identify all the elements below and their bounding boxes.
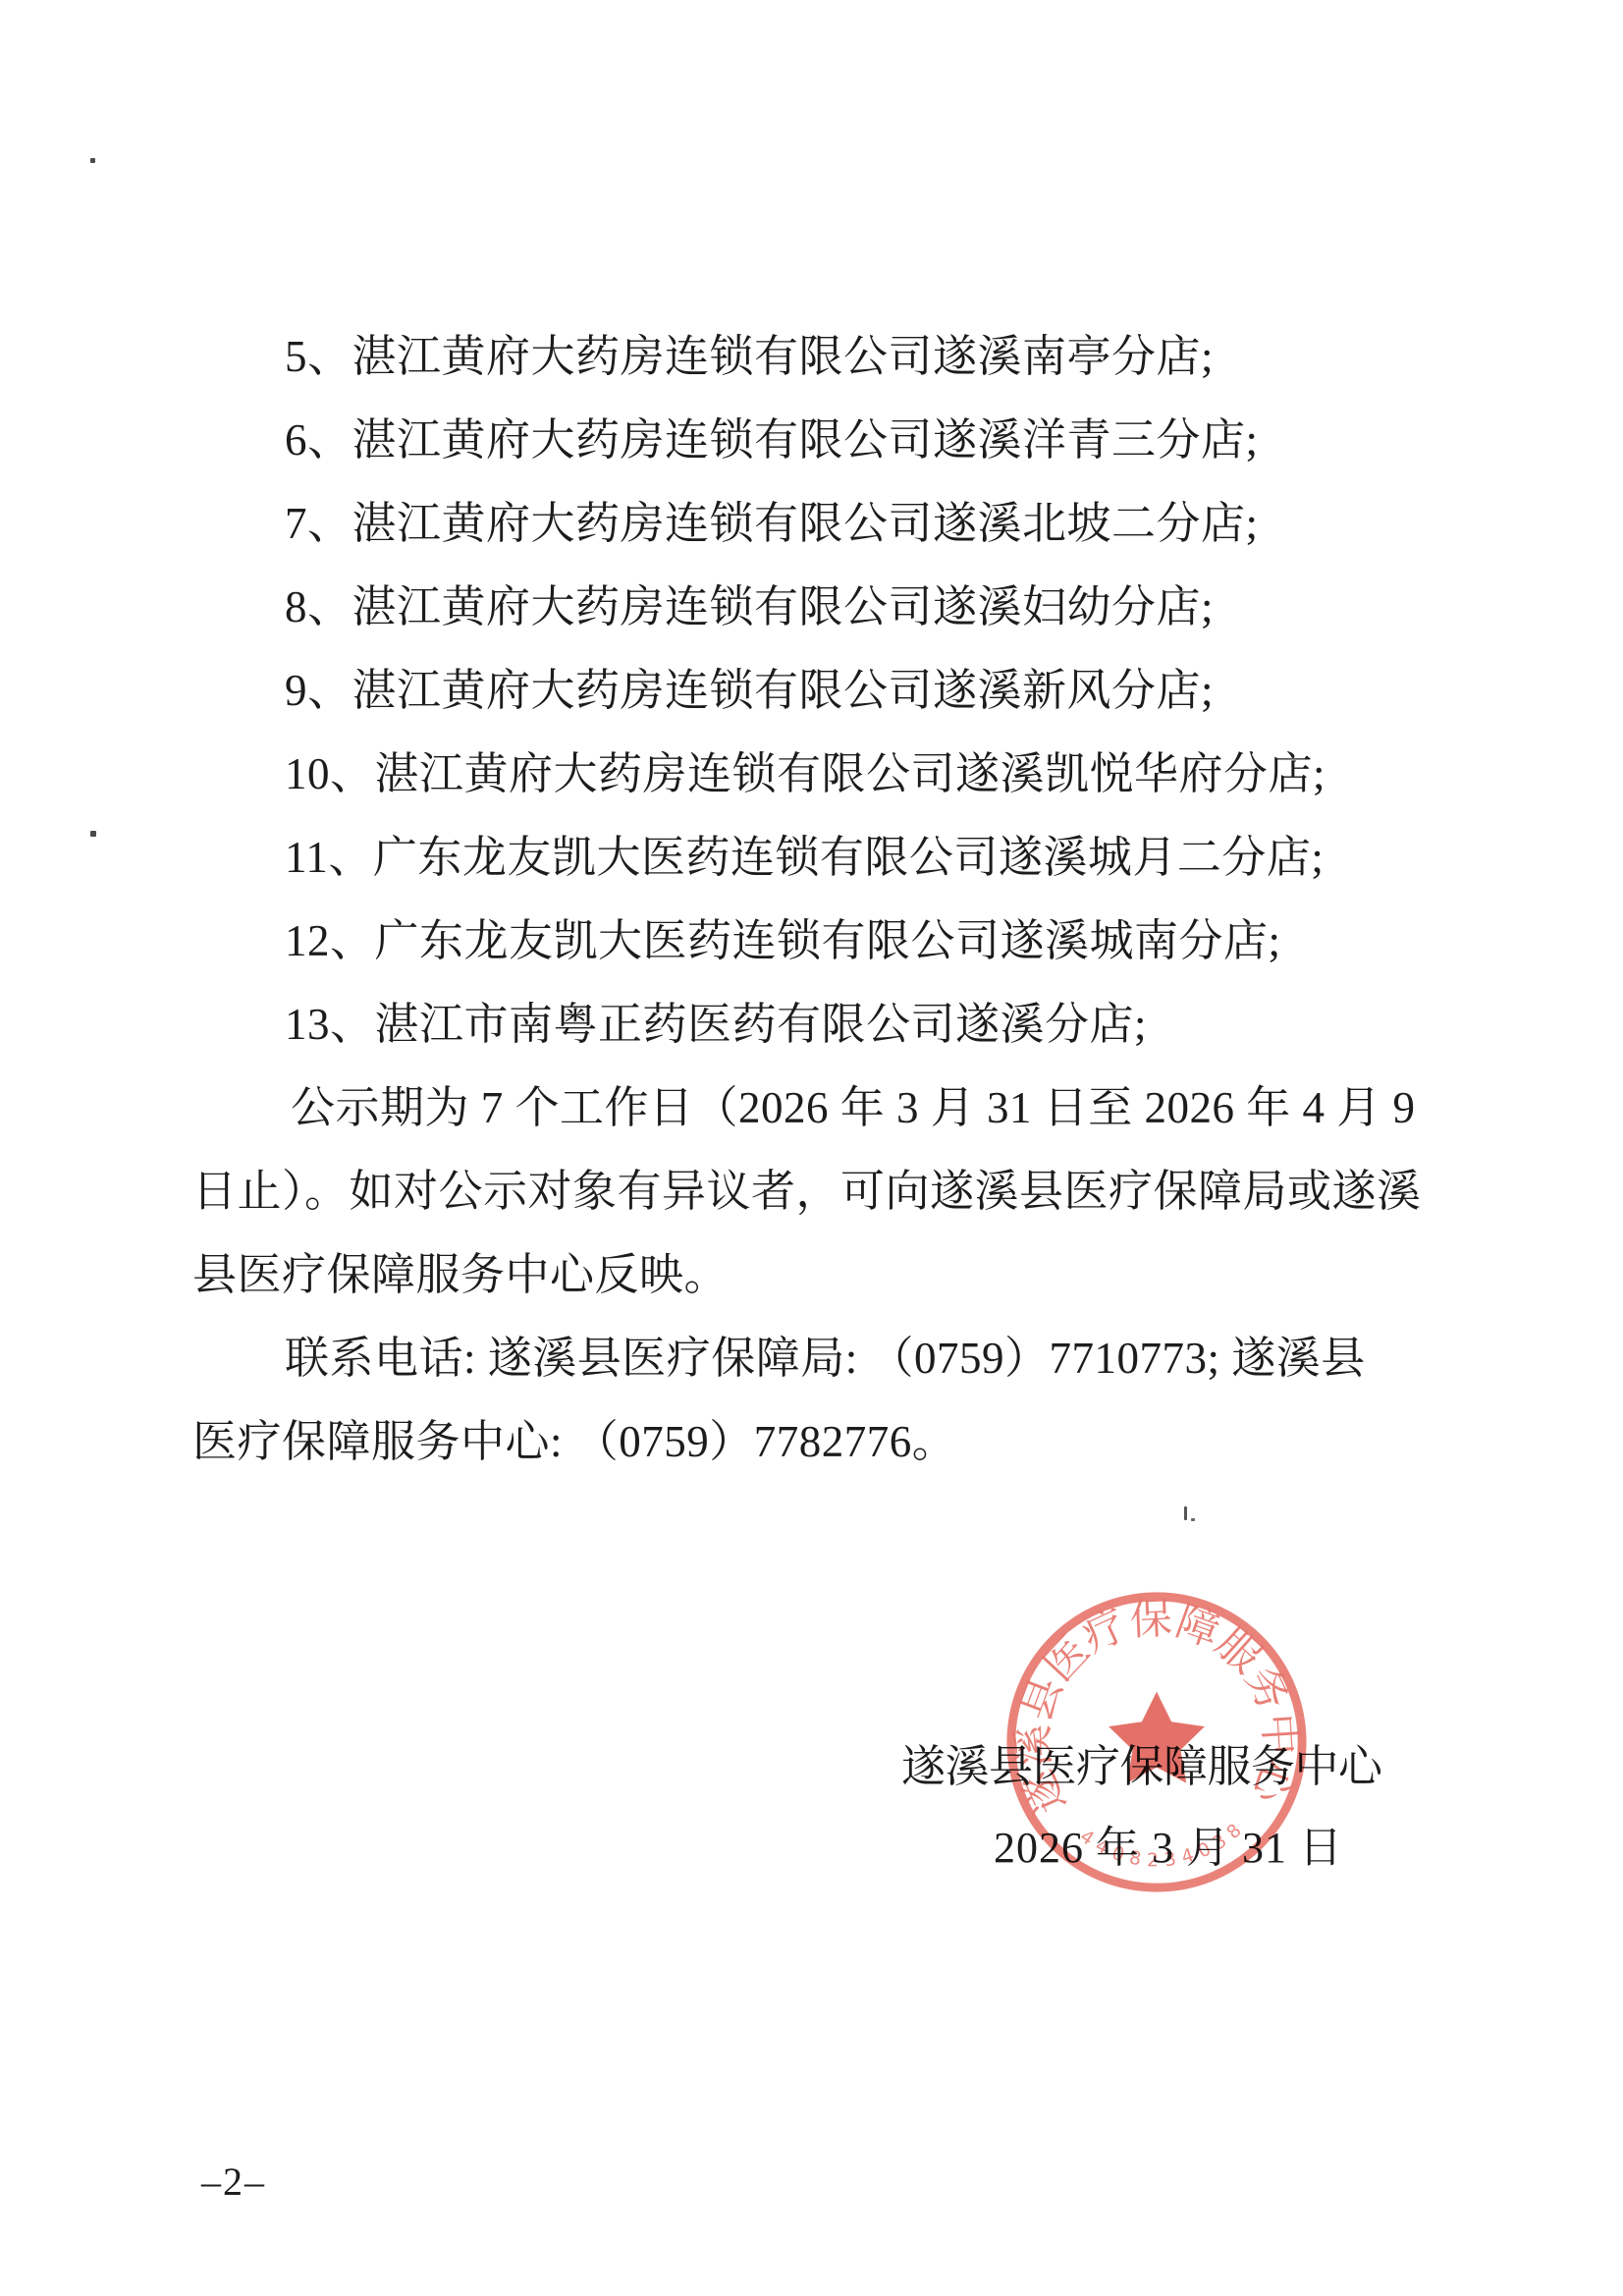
scan-speck [1184, 1506, 1187, 1520]
document-page: 5、湛江黄府大药房连锁有限公司遂溪南亭分店; 6、湛江黄府大药房连锁有限公司遂溪… [0, 0, 1623, 2296]
scan-speck [1191, 1518, 1195, 1521]
list-item-7: 7、湛江黄府大药房连锁有限公司遂溪北坡二分店; [192, 496, 1561, 551]
list-item-10: 10、湛江黄府大药房连锁有限公司遂溪凯悦华府分店; [192, 746, 1561, 801]
notice-paragraph-line-1: 公示期为 7 个工作日（2026 年 3 月 31 日至 2026 年 4 月 … [192, 1080, 1567, 1135]
notice-paragraph-line-2: 日止）。如对公示对象有异议者，可向遂溪县医疗保障局或遂溪 [192, 1164, 1469, 1219]
scan-speck [90, 158, 95, 163]
notice-paragraph-line-3: 县医疗保障服务中心反映。 [192, 1247, 1469, 1302]
list-item-6: 6、湛江黄府大药房连锁有限公司遂溪洋青三分店; [192, 412, 1561, 467]
list-item-12: 12、广东龙友凯大医药连锁有限公司遂溪城南分店; [192, 913, 1561, 968]
official-seal: 遂溪县医疗保障服务中心 4408234038 [1001, 1587, 1312, 1897]
list-item-11: 11、广东龙友凯大医药连锁有限公司遂溪城月二分店; [192, 830, 1561, 885]
page-number: –2– [201, 2159, 266, 2205]
scan-speck [90, 831, 96, 837]
seal-star-icon [1109, 1692, 1205, 1783]
list-item-8: 8、湛江黄府大药房连锁有限公司遂溪妇幼分店; [192, 579, 1561, 634]
list-item-13: 13、湛江市南粤正药医药有限公司遂溪分店; [192, 997, 1561, 1052]
list-item-5: 5、湛江黄府大药房连锁有限公司遂溪南亭分店; [192, 329, 1561, 384]
seal-code: 4408234038 [1076, 1816, 1251, 1871]
contact-paragraph-line-2: 医疗保障服务中心: （0759）7782776。 [192, 1414, 1469, 1469]
contact-paragraph-line-1: 联系电话: 遂溪县医疗保障局: （0759）7710773; 遂溪县 [192, 1331, 1561, 1386]
list-item-9: 9、湛江黄府大药房连锁有限公司遂溪新风分店; [192, 663, 1561, 718]
